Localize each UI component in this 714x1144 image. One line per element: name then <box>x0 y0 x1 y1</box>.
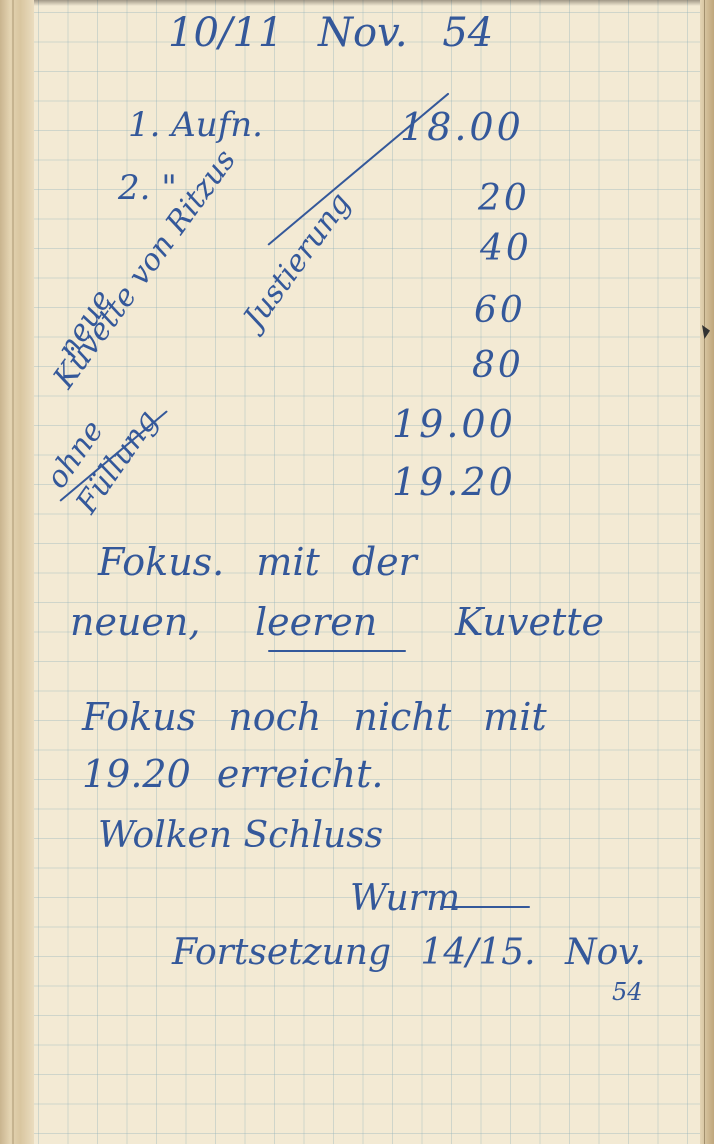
entry-date: 10/11 Nov. 54 <box>168 10 493 56</box>
emphasis-underline <box>268 650 406 652</box>
notebook-page: 10/11 Nov. 54 1. Aufn. 18.00 2. " 20 40 … <box>0 0 714 1144</box>
log-row-time: 80 <box>472 345 524 386</box>
margin-note: Justierung <box>237 186 358 335</box>
margin-note-underline <box>267 93 449 246</box>
binding-edge-right <box>700 0 714 1144</box>
log-row-time: 19.00 <box>392 402 516 446</box>
continuation-year: 54 <box>612 978 643 1006</box>
top-shadow <box>0 0 714 6</box>
log-row-label: 1. Aufn. <box>128 105 263 145</box>
signature: Wurm <box>350 878 460 919</box>
log-row-time: 20 <box>478 178 530 219</box>
continuation-note: Fortsetzung 14/15. Nov. <box>172 932 646 973</box>
note-line-emphasis: leeren <box>255 600 377 644</box>
log-row-time: 18.00 <box>400 105 524 149</box>
log-row-time: 40 <box>480 228 532 269</box>
note-line: Fokus. mit der <box>98 540 417 584</box>
note-line-part: Kuvette <box>455 600 604 644</box>
log-row-label: 2. " <box>118 168 177 208</box>
note-line: 19.20 erreicht. <box>82 752 383 796</box>
note-line: Fokus noch nicht mit <box>82 695 547 739</box>
log-row-time: 60 <box>474 290 526 331</box>
note-line: Wolken Schluss <box>98 815 383 856</box>
note-line-part: neuen, <box>70 600 200 644</box>
log-row-time: 19.20 <box>392 460 516 504</box>
signature-flourish <box>440 906 530 908</box>
page-stack-edge-left <box>0 0 34 1144</box>
